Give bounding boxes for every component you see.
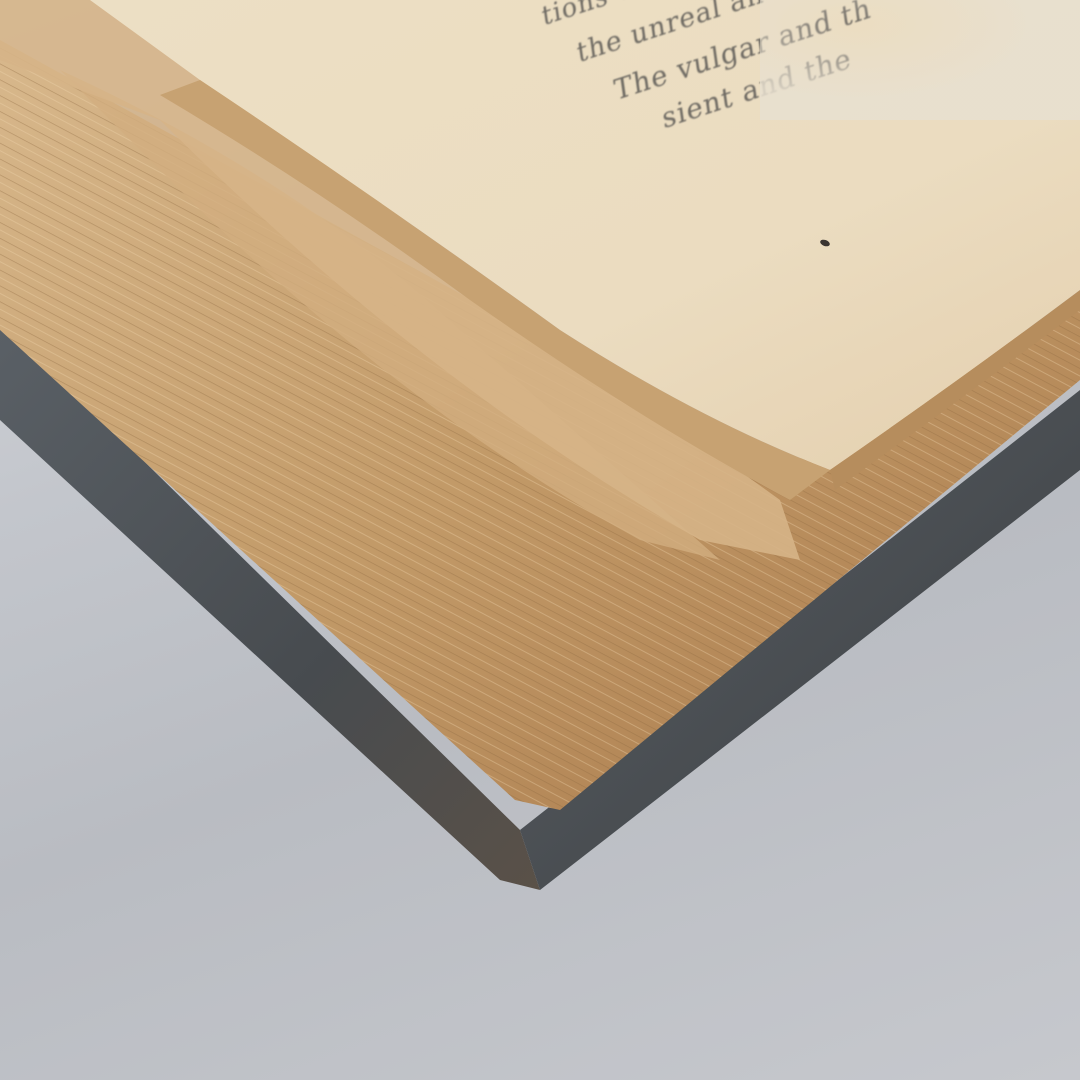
book-illustration	[0, 0, 1080, 1080]
focus-blur-overlay	[760, 0, 1080, 120]
book-photo: tions wi the unreal an The vulgar and th…	[0, 0, 1080, 1080]
